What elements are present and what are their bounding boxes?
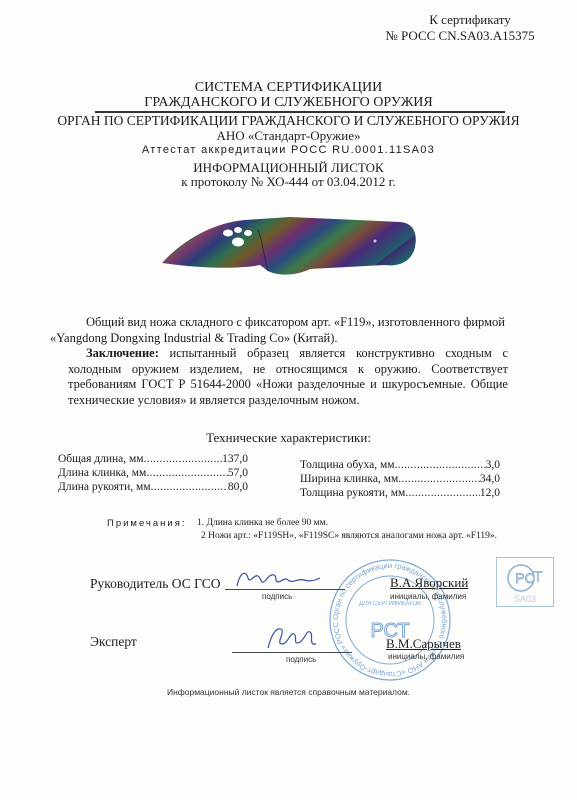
notes-label: Примечания: — [107, 518, 187, 529]
reference-line-1: К сертификату — [390, 12, 550, 28]
footer-note: Информационный листок является справочны… — [0, 687, 577, 697]
svg-text:ДЛЯ СЕРТИФИКАТОВ: ДЛЯ СЕРТИФИКАТОВ — [359, 601, 421, 607]
organization-name: АНО «Стандарт-Оружие» — [0, 128, 577, 144]
specs-title: Технические характеристики: — [0, 430, 577, 446]
spec-row: Общая длина, мм137,0 — [58, 452, 248, 466]
conclusion: Заключение: испытанный образец является … — [68, 346, 508, 408]
note-item: 1. Длина клинка не более 90 мм. — [197, 517, 497, 530]
name-caption: инициалы, фамилия — [388, 652, 464, 661]
spec-row: Толщина обуха, мм3,0 — [300, 458, 500, 472]
certificate-reference: К сертификату № РОСС CN.SA03.A15375 — [390, 12, 550, 44]
spec-row: Толщина рукояти, мм12,0 — [300, 486, 500, 500]
certification-mark-icon: PC SA03 — [496, 557, 554, 607]
signature-caption: подпись — [262, 592, 292, 601]
spec-row: Ширина клинка, мм34,0 — [300, 472, 500, 486]
specs-left-column: Общая длина, мм137,0 Длина клинка, мм57,… — [58, 452, 248, 494]
note-item: 2 Ножи арт.: «F119SH», «F119SC» являются… — [201, 530, 497, 543]
svg-text:SA03: SA03 — [514, 594, 536, 604]
signature-handwritten — [262, 622, 322, 652]
knife-photo — [160, 205, 420, 280]
signatory-name: В.М.Сарычев — [386, 636, 461, 652]
spec-row: Длина клинка, мм57,0 — [58, 466, 248, 480]
description-text: Общий вид ножа складного с фиксатором ар… — [68, 315, 508, 408]
certificate-number: № РОСС CN.SA03.A15375 — [370, 28, 550, 44]
system-title-line-2: ГРАЖДАНСКОГО И СЛУЖЕБНОГО ОРУЖИЯ — [0, 95, 577, 111]
svg-text:PC: PC — [515, 570, 534, 586]
conclusion-label: Заключение: — [86, 346, 159, 360]
signature-line — [225, 589, 345, 590]
certification-body: ОРГАН ПО СЕРТИФИКАЦИИ ГРАЖДАНСКОГО И СЛУ… — [0, 113, 577, 129]
system-title-line-1: СИСТЕМА СЕРТИФИКАЦИИ — [0, 80, 577, 96]
signatory-role: Руководитель ОС ГСО — [90, 576, 220, 592]
spec-row: Длина рукояти, мм80,0 — [58, 480, 248, 494]
accreditation-certificate: Аттестат аккредитации РОСС RU.0001.11SA0… — [0, 143, 577, 157]
notes-list: 1. Длина клинка не более 90 мм. 2 Ножи а… — [197, 517, 497, 542]
protocol-reference: к протоколу № ХО-444 от 03.04.2012 г. — [0, 174, 577, 190]
specs-right-column: Толщина обуха, мм3,0 Ширина клинка, мм34… — [300, 458, 500, 500]
name-caption: инициалы, фамилия — [390, 592, 466, 601]
signatory-name: В.А.Яворский — [390, 575, 468, 591]
signature-line — [232, 652, 352, 653]
signature-caption: подпись — [286, 655, 316, 664]
signatory-role: Эксперт — [90, 634, 137, 650]
product-description: Общий вид ножа складного с фиксатором ар… — [68, 315, 508, 346]
